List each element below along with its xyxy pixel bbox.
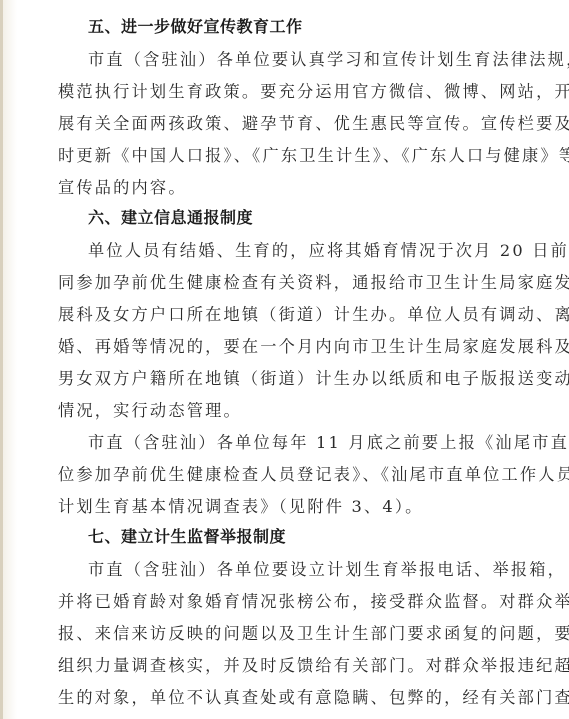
paragraph-line: 宣传品的内容。: [58, 178, 484, 198]
paragraph-line: 单位人员有结婚、生育的，应将其婚育情况于次月 20 日前连: [88, 241, 484, 261]
paragraph-line: 模范执行计划生育政策。要充分运用官方微信、微博、网站，开: [58, 82, 484, 102]
paragraph-line: 市直（含驻汕）各单位每年 11 月底之前要上报《汕尾市直单: [88, 433, 484, 453]
paragraph-line: 男女双方户籍所在地镇（街道）计生办以纸质和电子版报送变动: [58, 369, 484, 389]
paragraph-line: 时更新《中国人口报》、《广东卫生计生》、《广东人口与健康》等: [58, 146, 484, 166]
page-left-shadow: [3, 0, 17, 719]
paragraph-line: 婚、再婚等情况的，要在一个月内向市卫生计生局家庭发展科及: [58, 337, 484, 357]
paragraph-line: 生的对象，单位不认真查处或有意隐瞒、包弊的，经有关部门查: [58, 688, 484, 708]
paragraph-line: 报、来信来访反映的问题以及卫生计生部门要求函复的问题，要: [58, 624, 484, 644]
paragraph-line: 市直（含驻汕）各单位要设立计划生育举报电话、举报箱，: [88, 560, 484, 580]
paragraph-line: 并将已婚育龄对象婚育情况张榜公布，接受群众监督。对群众举: [58, 592, 484, 612]
paragraph-line: 计划生育基本情况调查表》（见附件 3、4）。: [58, 497, 484, 517]
paragraph-line: 组织力量调查核实，并及时反馈给有关部门。对群众举报违纪超: [58, 656, 484, 676]
paragraph-line: 展科及女方户口所在地镇（街道）计生办。单位人员有调动、离: [58, 305, 484, 325]
paragraph-line: 同参加孕前优生健康检查有关资料，通报给市卫生计生局家庭发: [58, 273, 484, 293]
paragraph-line: 情况，实行动态管理。: [58, 401, 484, 421]
page-number: 5: [264, 694, 269, 705]
paragraph-line: 展有关全面两孩政策、避孕节育、优生惠民等宣传。宣传栏要及: [58, 114, 484, 134]
section-heading-6: 六、建立信息通报制度: [88, 208, 253, 228]
section-heading-5: 五、进一步做好宣传教育工作: [88, 17, 303, 37]
paragraph-line: 市直（含驻汕）各单位要认真学习和宣传计划生育法律法规，: [88, 50, 484, 70]
section-heading-7: 七、建立计生监督举报制度: [88, 527, 286, 547]
paragraph-line: 位参加孕前优生健康检查人员登记表》、《汕尾市直单位工作人员: [58, 465, 484, 485]
document-page: 五、进一步做好宣传教育工作 市直（含驻汕）各单位要认真学习和宣传计划生育法律法规…: [0, 0, 569, 719]
